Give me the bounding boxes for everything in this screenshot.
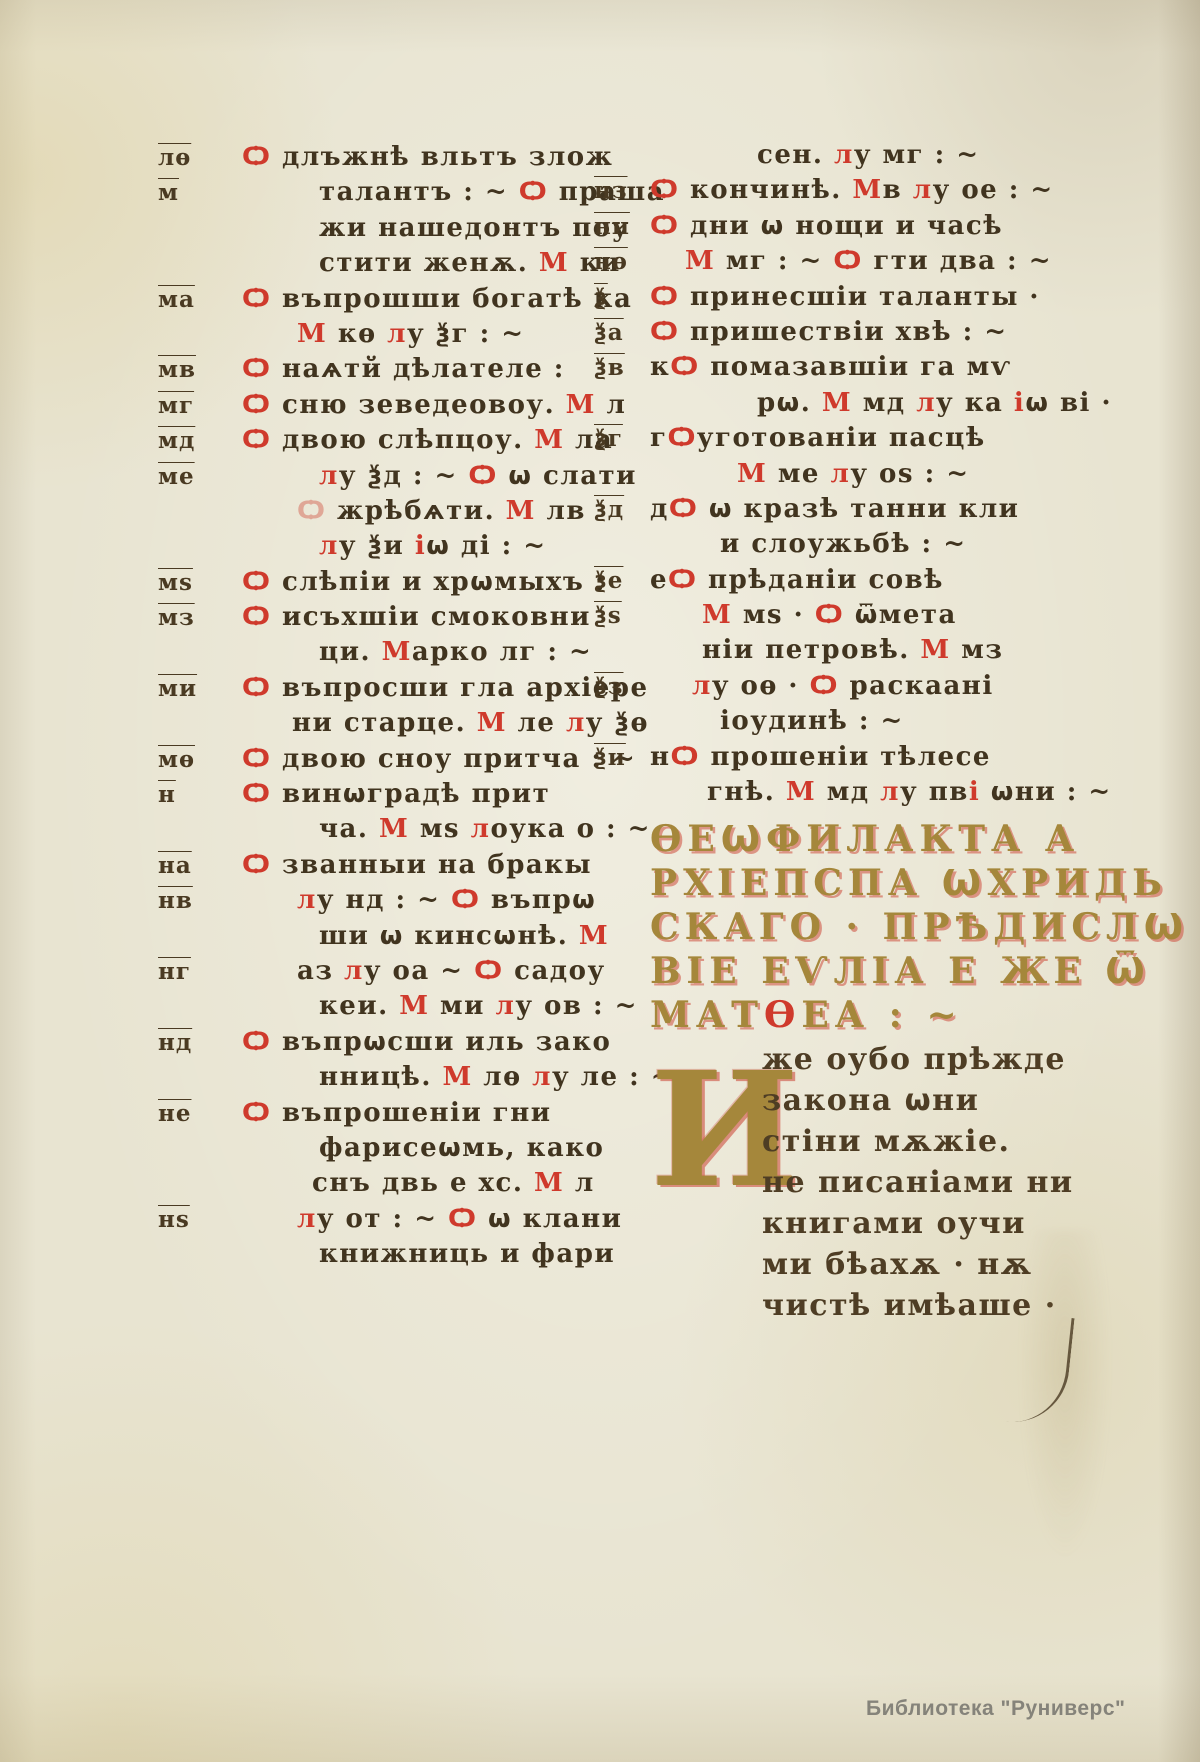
text-segment: М — [534, 1168, 564, 1198]
text-segment: прошеніи тѣлесе — [700, 742, 991, 772]
line-text: Ѻ длъжнѣ вльтъ злож — [242, 142, 613, 172]
text-segment: ЕА : ~ — [801, 994, 962, 1036]
text-segment: ѡ ві · — [1025, 388, 1112, 418]
text-segment: і — [1014, 388, 1025, 418]
text-segment: въпрѡ — [491, 885, 596, 915]
text-segment: арко лг : ~ — [412, 637, 592, 667]
text-segment: садоу — [514, 956, 606, 986]
text-segment: г — [650, 423, 667, 453]
line-text: еѺ прѣданіи совѣ — [650, 565, 944, 595]
line-text: ми бѣахѫ · нѫ — [762, 1247, 1033, 1282]
line-text: Ѻ жрѣбѧти. М лв — [297, 496, 586, 526]
text-segment: л — [916, 388, 936, 418]
text-segment: іоудинѣ : ~ — [720, 706, 904, 736]
margin-chapter-number: ѯз — [594, 673, 623, 700]
text-segment: же оубо прѣжде — [762, 1042, 1066, 1077]
text-segment: принесшіи таланты · — [690, 282, 1040, 312]
margin-chapter-number: нз — [594, 177, 628, 204]
text-segment: л — [387, 319, 407, 349]
manuscript-line: кеи. М ми лу ов : ~ — [242, 991, 602, 1026]
text-segment: М — [534, 425, 564, 455]
manuscript-line: не писаніами ни — [762, 1165, 1074, 1206]
manuscript-line: мѳѺ двою сноу притча : ~ — [242, 744, 602, 779]
margin-chapter-number: ни — [594, 213, 630, 240]
margin-chapter-number: на — [158, 852, 192, 879]
manuscript-line: ѯинѺ прошеніи тѣлесе — [650, 742, 1080, 777]
text-segment: стіни мѫжіе. — [762, 1124, 1010, 1159]
manuscript-line: ѯееѺ прѣданіи совѣ — [650, 565, 1080, 600]
line-text: ни старце. М ле лу ѯѳ — [292, 708, 649, 738]
right-column: сен. лу мг : ~нзѺ кончинѣ. Мв лу ое : ~н… — [650, 140, 1080, 1329]
manuscript-line: нвлу нд : ~ Ѻ въпрѡ — [242, 885, 602, 920]
margin-chapter-number: нѳ — [594, 248, 628, 275]
text-segment: М — [852, 175, 882, 205]
margin-chapter-number: ѯ — [594, 284, 608, 311]
text-segment: ме — [767, 459, 830, 489]
text-segment: Ѳ — [764, 994, 801, 1036]
line-text: М кѳ лу ѯг : ~ — [297, 319, 525, 349]
text-segment: М — [685, 246, 715, 276]
text-segment: въпрѡсши иль зако — [282, 1027, 611, 1057]
text-segment: л — [495, 991, 515, 1021]
text-segment: гнѣ. — [707, 777, 786, 807]
line-text: Ѻ кончинѣ. Мв лу ое : ~ — [650, 175, 1054, 205]
text-segment: ѲЕѠФИЛАКТА А — [650, 818, 1080, 860]
text-segment: М — [566, 390, 596, 420]
manuscript-line: мвѺ наѧтй дѣлателе : — [242, 354, 602, 389]
text-segment: двою сноу притча : ~ — [282, 744, 636, 774]
text-segment: книгами оучи — [762, 1206, 1026, 1241]
manuscript-line: ши ѡ кинсѡнѣ. М — [242, 921, 602, 956]
text-segment: Ѻ — [671, 742, 700, 772]
line-text: ча. М мѕ лоука о : ~ — [319, 814, 651, 844]
text-segment: ѡ слати — [508, 461, 637, 491]
manuscript-line: же оубо прѣжде — [762, 1042, 1074, 1083]
text-segment: Ѻ — [650, 211, 690, 241]
text-segment: л — [344, 956, 364, 986]
manuscript-line: ѯзлу оѳ · Ѻ раскаані — [650, 671, 1080, 706]
manuscript-line: нѕлу от : ~ Ѻ ѡ клани — [242, 1204, 602, 1239]
text-segment: М — [382, 637, 412, 667]
manuscript-line: жи нашедонтъ поу — [242, 213, 602, 248]
margin-chapter-number: ѯѕ — [594, 602, 622, 629]
text-segment: л — [692, 671, 712, 701]
margin-chapter-number: ѯе — [594, 567, 623, 594]
text-segment: д — [650, 494, 669, 524]
line-text: книжниць и фари — [319, 1239, 615, 1269]
line-text: МАТѲЕА : ~ — [650, 994, 963, 1036]
line-text: Ѻ въпросши гла архіере — [242, 673, 649, 703]
margin-chapter-number: ѯв — [594, 354, 625, 381]
text-segment: жрѣбѧти. — [337, 496, 506, 526]
text-segment: кѳ — [327, 319, 387, 349]
text-segment: званныи на бракы — [282, 850, 592, 880]
text-segment: Ѻ — [242, 602, 282, 632]
text-segment: к — [650, 352, 670, 382]
manuscript-line: ѯггѺуготованіи пасцѣ — [650, 423, 1080, 458]
line-text: лу от : ~ Ѻ ѡ клани — [297, 1204, 622, 1234]
text-segment: Ѻ — [242, 567, 282, 597]
margin-chapter-number: нѕ — [158, 1206, 190, 1233]
manuscript-line: наѺ званныи на бракы — [242, 850, 602, 885]
line-text: же оубо прѣжде — [762, 1042, 1066, 1077]
manuscript-line: мдѺ двою слѣпцоу. М ла — [242, 425, 602, 460]
manuscript-line: нзѺ кончинѣ. Мв лу ое : ~ — [650, 175, 1080, 210]
text-segment: ми бѣахѫ · нѫ — [762, 1247, 1033, 1282]
line-text: кѺ помазавшіи га мѵ — [650, 352, 1012, 382]
margin-chapter-number: мв — [158, 356, 196, 383]
line-text: рѡ. М мд лу ка іѡ ві · — [757, 388, 1112, 418]
text-segment: помазавшіи га мѵ — [700, 352, 1012, 382]
text-segment: М — [297, 319, 327, 349]
text-segment: л — [880, 777, 900, 807]
manuscript-line: ѯаѺ пришествіи хвѣ : ~ — [650, 317, 1080, 352]
manuscript-line: снъ двь е хс. М л — [242, 1168, 602, 1203]
text-segment: М — [822, 388, 852, 418]
line-text: книгами оучи — [762, 1206, 1026, 1241]
text-segment: ѡ клани — [488, 1204, 622, 1234]
text-segment: Ѻ — [669, 494, 698, 524]
manuscript-line: ниѺ дни ѡ нощи и часѣ — [650, 211, 1080, 246]
text-segment: у нд : ~ — [317, 885, 451, 915]
line-text: ВІЕ ЕѴЛІА Е ЖЕ Ѿ — [650, 950, 1151, 992]
text-segment: у ка — [936, 388, 1014, 418]
text-segment: нницѣ. — [319, 1062, 442, 1092]
manuscript-line: стити женѫ. М ки — [242, 248, 602, 283]
text-segment: лв — [536, 496, 586, 526]
text-segment: закона ѡни — [762, 1083, 979, 1118]
text-segment: Ѻ — [468, 461, 508, 491]
manuscript-line: РХІЕПСПА ѠХРИДЬ — [650, 862, 1080, 906]
text-segment: мѕ — [409, 814, 470, 844]
text-segment: МАТ — [650, 994, 764, 1036]
manuscript-line: М кѳ лу ѯг : ~ — [242, 319, 602, 354]
text-segment: Ѻ — [451, 885, 491, 915]
manuscript-line: ніи петровѣ. М мз — [650, 635, 1080, 670]
text-segment: М — [737, 459, 767, 489]
text-segment: М — [379, 814, 409, 844]
text-segment: л — [831, 459, 851, 489]
text-segment: л — [532, 1062, 552, 1092]
line-text: М ме лу оѕ : ~ — [737, 459, 970, 489]
text-segment: мг : ~ — [715, 246, 833, 276]
line-text: жи нашедонтъ поу — [319, 213, 630, 243]
text-segment: Ѻ — [833, 246, 873, 276]
text-segment: Ѻ — [242, 390, 282, 420]
text-segment: М — [579, 921, 609, 951]
line-text: нницѣ. М лѳ лу ле : ~ — [319, 1062, 674, 1092]
text-segment: Ѻ — [650, 317, 690, 347]
text-segment: л — [471, 814, 491, 844]
line-text: снъ двь е хс. М л — [312, 1168, 595, 1198]
text-segment: у оа ~ — [364, 956, 474, 986]
text-segment: Ѻ — [519, 177, 559, 207]
text-segment: Ѻ — [448, 1204, 488, 1234]
line-text: стити женѫ. М ки — [319, 248, 621, 278]
text-segment: Ѻ — [242, 425, 282, 455]
text-segment: Ѻ — [667, 423, 696, 453]
margin-chapter-number: нд — [158, 1029, 192, 1056]
text-segment: двою слѣпцоу. — [282, 425, 534, 455]
line-text: Ѻ въпрошши богатѣ ка — [242, 284, 632, 314]
text-segment: исъхшіи смоковни — [282, 602, 591, 632]
text-segment: Ѻ — [242, 779, 282, 809]
line-text: и слоужьбѣ : ~ — [720, 529, 967, 559]
text-segment: слѣпіи и хрѡмыхъ : — [282, 567, 606, 597]
line-text: Ѻ исъхшіи смоковни — [242, 602, 591, 632]
text-segment: н — [650, 742, 671, 772]
text-segment: снъ двь е хс. — [312, 1168, 534, 1198]
margin-chapter-number: ми — [158, 675, 197, 702]
text-segment: наѧтй дѣлателе : — [282, 354, 565, 384]
line-text: чистѣ имѣаше · — [762, 1288, 1057, 1323]
line-text: гнѣ. М мд лу пві ѡни : ~ — [707, 777, 1112, 807]
margin-chapter-number: мѕ — [158, 569, 193, 596]
text-segment: талантъ : ~ — [319, 177, 519, 207]
text-segment: и слоужьбѣ : ~ — [720, 529, 967, 559]
text-segment: Ѻ — [242, 1098, 282, 1128]
manuscript-line: фарисеѡмь, како — [242, 1133, 602, 1168]
margin-chapter-number: мѳ — [158, 746, 195, 773]
margin-chapter-number: ѯд — [594, 496, 624, 523]
manuscript-line: маѺ въпрошши богатѣ ка — [242, 284, 602, 319]
text-segment: СКАГО · ПРѢДИСЛѠ — [650, 906, 1189, 948]
text-segment: у ов : ~ — [515, 991, 638, 1021]
manuscript-line: сен. лу мг : ~ — [650, 140, 1080, 175]
text-segment: мз — [951, 635, 1004, 665]
text-segment: е — [650, 565, 668, 595]
margin-chapter-number: ѯи — [594, 744, 626, 771]
text-segment: сен. — [757, 140, 834, 170]
text-segment: Ѻ — [810, 671, 850, 701]
line-text: Ѻ двою сноу притча : ~ — [242, 744, 636, 774]
manuscript-line: М ме лу оѕ : ~ — [650, 459, 1080, 494]
margin-chapter-number: ме — [158, 463, 195, 490]
text-segment: л — [319, 531, 339, 561]
text-segment: кеи. — [319, 991, 399, 1021]
manuscript-line: мелу ѯд : ~ Ѻ ѡ слати — [242, 461, 602, 496]
text-segment: М — [442, 1062, 472, 1092]
text-segment: мд — [816, 777, 880, 807]
line-text: Ѻ въпрѡсши иль зако — [242, 1027, 611, 1057]
margin-chapter-number: лѳ — [158, 144, 191, 171]
line-text: М мѕ · Ѻ ѿмета — [702, 600, 957, 630]
line-text: Ѻ дни ѡ нощи и часѣ — [650, 211, 1003, 241]
text-segment: ши ѡ кинсѡнѣ. — [319, 921, 579, 951]
manuscript-line: ци. Марко лг : ~ — [242, 637, 602, 672]
text-segment: М — [920, 635, 950, 665]
text-segment: Ѻ — [242, 284, 282, 314]
line-text: Ѻ двою слѣпцоу. М ла — [242, 425, 613, 455]
margin-chapter-number: не — [158, 1100, 191, 1127]
line-text: ци. Марко лг : ~ — [319, 637, 592, 667]
text-segment: ни старце. — [292, 708, 477, 738]
text-segment: ле — [507, 708, 566, 738]
line-text: стіни мѫжіе. — [762, 1124, 1010, 1159]
text-segment: въпрошши богатѣ ка — [282, 284, 632, 314]
text-segment: у пв — [900, 777, 969, 807]
line-text: кеи. М ми лу ов : ~ — [319, 991, 638, 1021]
line-text: не писаніами ни — [762, 1165, 1074, 1200]
line-text: лу оѳ · Ѻ раскаані — [692, 671, 994, 701]
line-text: Ѻ въпрошеніи гни — [242, 1098, 552, 1128]
manuscript-line: Ѻ жрѣбѧти. М лв — [242, 496, 602, 531]
manuscript-line: ѯвкѺ помазавшіи га мѵ — [650, 352, 1080, 387]
manuscript-line: ча. М мѕ лоука о : ~ — [242, 814, 602, 849]
text-segment: у ѯѳ — [586, 708, 649, 738]
manuscript-line: книжниць и фари — [242, 1239, 602, 1274]
text-segment: Ѻ — [242, 142, 282, 172]
manuscript-line: ни старце. М ле лу ѯѳ — [242, 708, 602, 743]
manuscript-page: лѳѺ длъжнѣ вльтъ зложмталантъ : ~ Ѻ праш… — [0, 0, 1200, 1762]
line-text: Ѻ принесшіи таланты · — [650, 282, 1040, 312]
manuscript-line: мталантъ : ~ Ѻ праша — [242, 177, 602, 212]
text-segment: у от : ~ — [317, 1204, 448, 1234]
manuscript-line: ѯддѺ ѡ кразѣ танни кли — [650, 494, 1080, 529]
text-segment: аз — [297, 956, 344, 986]
manuscript-line: гнѣ. М мд лу пві ѡни : ~ — [650, 777, 1080, 812]
preface-body: И же оубо прѣждезакона ѡнистіни мѫжіе.не… — [650, 1042, 1080, 1329]
manuscript-line: ндѺ въпрѡсши иль зако — [242, 1027, 602, 1062]
line-text: ши ѡ кинсѡнѣ. М — [319, 921, 609, 951]
line-text: Ѻ пришествіи хвѣ : ~ — [650, 317, 1008, 347]
line-text: гѺуготованіи пасцѣ — [650, 423, 986, 453]
text-segment: М — [477, 708, 507, 738]
text-segment: Ѻ — [474, 956, 514, 986]
text-segment: у ое : ~ — [933, 175, 1054, 205]
margin-chapter-number: м — [158, 179, 179, 206]
text-segment: ѡни : ~ — [980, 777, 1111, 807]
text-segment: в — [883, 175, 913, 205]
text-segment: Ѻ — [242, 354, 282, 384]
text-segment: Ѿ — [1105, 950, 1150, 992]
text-segment: і — [415, 531, 426, 561]
line-text: нѺ прошеніи тѣлесе — [650, 742, 991, 772]
text-segment: М — [539, 248, 569, 278]
text-segment: Ѻ — [242, 673, 282, 703]
text-segment: ѿмета — [855, 600, 957, 630]
text-segment: мѕ · — [732, 600, 814, 630]
text-segment: у ѯг : ~ — [407, 319, 525, 349]
text-segment: Ѻ — [650, 175, 690, 205]
text-segment: дни ѡ нощи и часѣ — [690, 211, 1003, 241]
text-segment: у ѯи — [339, 531, 415, 561]
text-segment: ми — [430, 991, 496, 1021]
text-segment: длъжнѣ вльтъ злож — [282, 142, 613, 172]
manuscript-line: нѺ винѡградѣ прит — [242, 779, 602, 814]
manuscript-line: ѯѺ принесшіи таланты · — [650, 282, 1080, 317]
left-column: лѳѺ длъжнѣ вльтъ зложмталантъ : ~ Ѻ праш… — [242, 142, 602, 1275]
text-segment: ци. — [319, 637, 382, 667]
text-segment: стити женѫ. — [319, 248, 539, 278]
manuscript-line: ѲЕѠФИЛАКТА А — [650, 818, 1080, 862]
margin-chapter-number: мг — [158, 392, 194, 419]
manuscript-line: СКАГО · ПРѢДИСЛѠ — [650, 906, 1080, 950]
text-segment: мд — [852, 388, 916, 418]
manuscript-line: мгѺ сню зеведеовоу. М л — [242, 390, 602, 425]
margin-chapter-number: н — [158, 781, 176, 808]
line-text: ніи петровѣ. М мз — [702, 635, 1003, 665]
text-segment: РХІЕПСПА ѠХРИДЬ — [650, 862, 1168, 904]
margin-chapter-number: нв — [158, 887, 193, 914]
line-text: сен. лу мг : ~ — [757, 140, 980, 170]
manuscript-line: стіни мѫжіе. — [762, 1124, 1074, 1165]
text-segment: л — [596, 390, 626, 420]
text-segment: лѳ — [473, 1062, 532, 1092]
text-segment: Ѻ — [670, 352, 699, 382]
text-segment: М — [786, 777, 816, 807]
line-text: лу ѯи іѡ ді : ~ — [319, 531, 547, 561]
manuscript-line: нницѣ. М лѳ лу ле : ~ — [242, 1062, 602, 1097]
text-segment: у ѯд : ~ — [339, 461, 469, 491]
text-segment: раскаані — [849, 671, 993, 701]
text-segment: оука о : ~ — [490, 814, 651, 844]
text-segment: чистѣ имѣаше · — [762, 1288, 1057, 1323]
text-segment: у оѳ · — [712, 671, 810, 701]
line-text: лу ѯд : ~ Ѻ ѡ слати — [319, 461, 637, 491]
line-text: закона ѡни — [762, 1083, 979, 1118]
text-segment: ѡ ді : ~ — [426, 531, 546, 561]
text-segment: Ѻ — [650, 282, 690, 312]
text-segment: винѡградѣ прит — [282, 779, 550, 809]
text-segment: жи нашедонтъ поу — [319, 213, 630, 243]
line-text: Ѻ наѧтй дѣлателе : — [242, 354, 565, 384]
text-segment: Ѻ — [668, 565, 697, 595]
text-segment: л — [913, 175, 933, 205]
manuscript-line: лѳѺ длъжнѣ вльтъ злож — [242, 142, 602, 177]
text-segment: Ѻ — [242, 744, 282, 774]
manuscript-line: ВІЕ ЕѴЛІА Е ЖЕ Ѿ — [650, 950, 1080, 994]
text-segment: у оѕ : ~ — [850, 459, 969, 489]
manuscript-line: мзѺ исъхшіи смоковни — [242, 602, 602, 637]
text-segment: Ѻ — [297, 496, 337, 526]
line-text: СКАГО · ПРѢДИСЛѠ — [650, 906, 1189, 948]
text-segment: л — [566, 708, 586, 738]
manuscript-line: миѺ въпросши гла архіере — [242, 673, 602, 708]
manuscript-line: и слоужьбѣ : ~ — [650, 529, 1080, 564]
line-text: М мг : ~ Ѻ гти два : ~ — [685, 246, 1052, 276]
text-segment: М — [702, 600, 732, 630]
text-segment: л — [297, 885, 317, 915]
text-segment: кончинѣ. — [690, 175, 852, 205]
text-segment: не писаніами ни — [762, 1165, 1074, 1200]
manuscript-line: рѡ. М мд лу ка іѡ ві · — [650, 388, 1080, 423]
ornate-initial-letter: И — [650, 1036, 762, 1329]
text-segment: л — [834, 140, 854, 170]
text-segment: л — [564, 1168, 594, 1198]
text-segment: Ѻ — [815, 600, 855, 630]
manuscript-line: закона ѡни — [762, 1083, 1074, 1124]
margin-chapter-number: мз — [158, 604, 195, 631]
text-segment: уготованіи пасцѣ — [697, 423, 986, 453]
line-text: Ѻ слѣпіи и хрѡмыхъ : — [242, 567, 606, 597]
line-text: лу нд : ~ Ѻ въпрѡ — [297, 885, 596, 915]
text-segment: і — [969, 777, 980, 807]
manuscript-line: нѳМ мг : ~ Ѻ гти два : ~ — [650, 246, 1080, 281]
section-heading-theophylact: ѲЕѠФИЛАКТА АРХІЕПСПА ѠХРИДЬСКАГО · ПРѢДИ… — [650, 818, 1080, 1038]
text-segment: книжниць и фари — [319, 1239, 615, 1269]
line-text: Ѻ винѡградѣ прит — [242, 779, 550, 809]
text-segment: ВІЕ ЕѴЛІА Е ЖЕ — [650, 950, 1105, 992]
line-text: іоудинѣ : ~ — [720, 706, 904, 736]
text-segment: въпрошеніи гни — [282, 1098, 552, 1128]
line-text: Ѻ званныи на бракы — [242, 850, 592, 880]
line-text: ѲЕѠФИЛАКТА А — [650, 818, 1080, 860]
text-segment: ча. — [319, 814, 379, 844]
manuscript-line: іоудинѣ : ~ — [650, 706, 1080, 741]
watermark-runivers: Библиотека "Руниверс" — [866, 1697, 1126, 1721]
line-text: Ѻ сню зеведеовоу. М л — [242, 390, 626, 420]
